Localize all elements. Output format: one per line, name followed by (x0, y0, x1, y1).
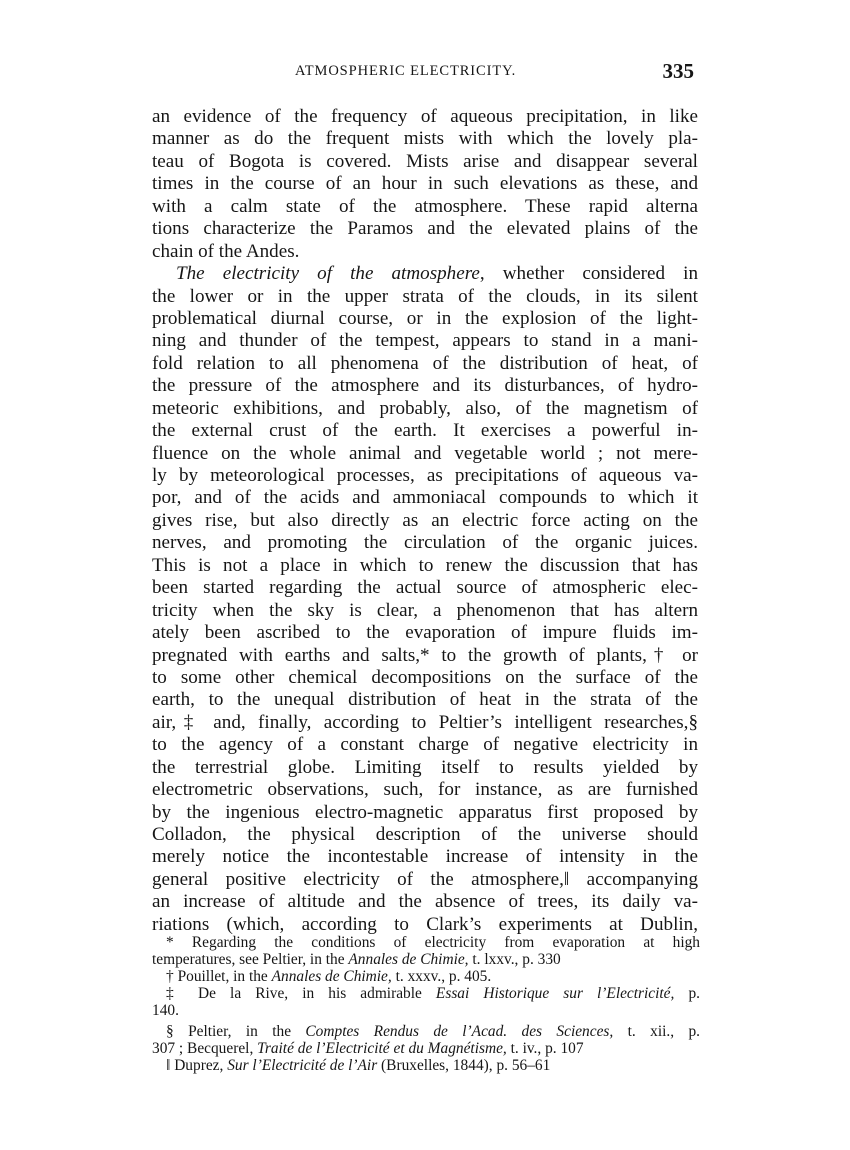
text-line: to the agency of a constant charge of ne… (152, 734, 698, 756)
footnote-marker: † (166, 968, 174, 985)
footnote-marker: * (166, 934, 174, 951)
text-line: the lower or in the upper strata of the … (152, 286, 698, 308)
text-line: been started regarding the actual source… (152, 577, 698, 599)
footnote-section: § Peltier, in the Comptes Rendus de l’Ac… (152, 1023, 700, 1040)
text-line: tricity when the sky is clear, a phenome… (152, 600, 698, 622)
footnote-text: t. xii., p. (613, 1023, 700, 1040)
footnote-double-dagger-cont: 140. (152, 1002, 700, 1019)
footnote-text: De la Rive, in his admirable (198, 985, 436, 1002)
text-line: por, and of the acids and ammoniacal com… (152, 487, 698, 509)
footnote-text: Peltier, in the (188, 1023, 305, 1040)
text-line: to some other chemical decompositions on… (152, 667, 698, 689)
text-line: the terrestrial globe. Limiting itself t… (152, 757, 698, 779)
footnote-text: t. xxxv., p. 405. (392, 968, 491, 985)
running-head: ATMOSPHERIC ELECTRICITY. 335 (152, 60, 698, 88)
text-line: fold relation to all phenomena of the di… (152, 353, 698, 375)
footnote-parallel: ‖ Duprez, Sur l’Electricité de l’Air (Br… (152, 1057, 700, 1074)
text-line: electrometric observations, such, for in… (152, 779, 698, 801)
book-page: ATMOSPHERIC ELECTRICITY. 335 an evidence… (152, 60, 698, 936)
footnote-text: p. (674, 985, 700, 1002)
text-line: teau of Bogota is covered. Mists arise a… (152, 151, 698, 173)
footnote-text: t. iv., p. 107 (507, 1040, 584, 1057)
footnote-text: Pouillet, in the (178, 968, 272, 985)
text-line: merely notice the incontestable increase… (152, 846, 698, 868)
footnote-work-title: Annales de Chimie, (272, 968, 392, 985)
text-line: with a calm state of the atmosphere. The… (152, 196, 698, 218)
footnote-work-title: Comptes Rendus de l’Acad. des Sciences, (305, 1023, 613, 1040)
footnote-work-title: Sur l’Electricité de l’Air (227, 1057, 377, 1074)
text-line: ately been ascribed to the evaporation o… (152, 622, 698, 644)
text-line: an evidence of the frequency of aqueous … (152, 106, 698, 128)
footnote-marker: ‖ (166, 1057, 170, 1074)
footnote-asterisk-cont: temperatures, see Peltier, in the Annale… (152, 951, 700, 968)
footnote-text: (Bruxelles, 1844), p. 56–61 (377, 1057, 550, 1074)
text-line: nerves, and promoting the circulation of… (152, 532, 698, 554)
text-line: general positive electricity of the atmo… (152, 869, 698, 891)
text-line: This is not a place in which to renew th… (152, 555, 698, 577)
text-line: the pressure of the atmosphere and its d… (152, 375, 698, 397)
footnote-text: Regarding the conditions of electricity … (192, 934, 700, 951)
text-line: tions characterize the Paramos and the e… (152, 218, 698, 240)
footnote-work-title: Essai Historique sur l’Electricité, (436, 985, 674, 1002)
text-line: ning and thunder of the tempest, appears… (152, 330, 698, 352)
footnote-marker: § (166, 1023, 174, 1040)
text-line: Colladon, the physical description of th… (152, 824, 698, 846)
footnote-text: Duprez, (174, 1057, 227, 1074)
footnote-text: t. lxxv., p. 330 (469, 951, 561, 968)
text-line: the external crust of the earth. It exer… (152, 420, 698, 442)
footnote-work-title: Annales de Chimie, (348, 951, 468, 968)
italic-phrase: The electricity of the atmosphere (176, 263, 480, 284)
footnote-double-dagger: ‡ De la Rive, in his admirable Essai His… (152, 985, 700, 1002)
text-line: by the ingenious electro-magnetic appara… (152, 802, 698, 824)
paragraph-lead-line: The electricity of the atmosphere, wheth… (152, 263, 698, 285)
text-line: meteoric exhibitions, and probably, also… (152, 398, 698, 420)
footnote-work-title: Traité de l’Electricité et du Magnétisme… (257, 1040, 507, 1057)
text-line: an increase of altitude and the absence … (152, 891, 698, 913)
page-number: 335 (663, 59, 695, 84)
running-title: ATMOSPHERIC ELECTRICITY. (295, 63, 516, 80)
text-line: gives rise, but also directly as an elec… (152, 510, 698, 532)
text-line: riations (which, according to Clark’s ex… (152, 914, 698, 936)
footnote-text: 307 ; Becquerel, (152, 1040, 257, 1057)
text-line: fluence on the whole animal and vegetabl… (152, 443, 698, 465)
footnote-text: temperatures, see Peltier, in the (152, 951, 348, 968)
text-line: chain of the Andes. (152, 241, 698, 263)
text-line: times in the course of an hour in such e… (152, 173, 698, 195)
footnote-asterisk: * Regarding the conditions of electricit… (152, 934, 700, 951)
text-line: problematical diurnal course, or in the … (152, 308, 698, 330)
body-text: an evidence of the frequency of aqueous … (152, 106, 698, 936)
footnotes: * Regarding the conditions of electricit… (152, 934, 700, 1074)
text-line: ly by meteorological processes, as preci… (152, 465, 698, 487)
footnote-section-cont: 307 ; Becquerel, Traité de l’Electricité… (152, 1040, 700, 1057)
lead-rest: , whether considered in (480, 263, 698, 284)
text-line: pregnated with earths and salts,* to the… (152, 645, 698, 667)
footnote-marker: ‡ (166, 985, 184, 1002)
text-line: air,‡ and, finally, according to Peltier… (152, 712, 698, 734)
text-line: manner as do the frequent mists with whi… (152, 128, 698, 150)
footnote-dagger: † Pouillet, in the Annales de Chimie, t.… (152, 968, 700, 985)
text-line: earth, to the unequal distribution of he… (152, 689, 698, 711)
